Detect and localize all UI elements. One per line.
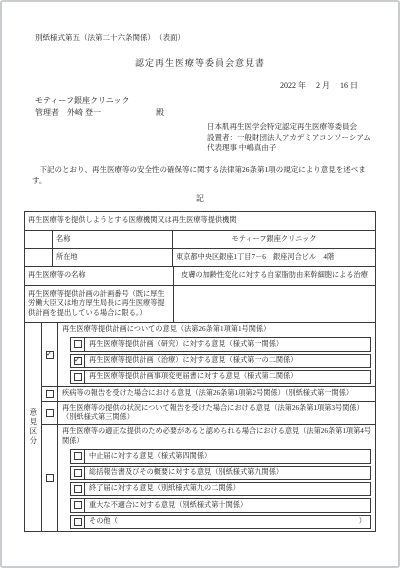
item-checkbox-cell [71, 450, 85, 462]
group-4-item-2-checkbox[interactable] [74, 469, 82, 477]
group-4-item-4: 重大な不適合に対する意見（別紙様式第十関係） [70, 498, 371, 512]
address-value-cell: 東京都中央区銀座1丁目7－6 銀座河合ビル 4階 [173, 249, 375, 266]
item-checkbox-cell [71, 483, 85, 495]
group-2-content: 疾病等の報告を受けた場合における意見（法第26条第1項第2号関係）（別紙様式第一… [58, 387, 375, 400]
group-4-item-3-checkbox[interactable] [74, 485, 82, 493]
group-1-item-3: 再生医療等提供計画事項変更届書に対する意見（様式第二関係） [70, 370, 371, 384]
treatment-value-cell: 皮膚の加齢性変化に対する自家脂肪由来幹細胞による治療 [174, 267, 375, 284]
table-row-plan-number: 再生医療等提供計画の計画番号（既に厚生労働大臣又は地方厚生局長に再生医療等提供計… [25, 285, 375, 322]
item-checkbox-cell [71, 467, 85, 479]
addressee-manager-line: 管理者 外崎 登一 殿 [35, 107, 376, 119]
opinion-form-table: 再生医療等を提供しようとする医療機関又は再生医療等提供機関 名称 モティーフ銀座… [24, 211, 376, 532]
group-4-item-other-checkbox[interactable] [74, 518, 82, 526]
committee-founder: 設置者：一般財団法人アカデミアコンソーシアム [207, 133, 376, 144]
group-4-item-4-label: 重大な不適合に対する意見（別紙様式第十関係） [85, 499, 370, 511]
item-checkbox-cell [71, 499, 85, 511]
addressee-manager-name: 管理者 外崎 登一 [35, 107, 101, 119]
table-row-name: 名称 モティーフ銀座クリニック [25, 230, 375, 248]
opinion-groups: 再生医療等提供計画についての意見（法第26条第1項第1号関係） 再生医療等提供計… [42, 323, 375, 531]
group-4-checkbox[interactable] [46, 474, 54, 482]
committee-name: 日本肌再生医学会特定認定再生医療等委員会 [207, 122, 376, 133]
group-1-header: 再生医療等提供計画についての意見（法第26条第1項第1号関係） [58, 323, 375, 336]
honorific-label: 殿 [156, 107, 164, 119]
group-3-checkbox-cell [42, 402, 58, 425]
group-4-content: 再生医療等の適正な提供のため必要があると認められる場合における意見（法第26条第… [58, 425, 375, 531]
opinion-group-3: 再生医療等の提供の状況について報告を受けた場合における意見（法第26条第1項第3… [42, 401, 375, 425]
committee-representative: 代表理事 中嶋真由子 [207, 143, 376, 154]
group-2-checkbox-cell [42, 387, 58, 400]
document-date: 2022 年 2 月 16 日 [24, 80, 376, 91]
group-4-item-4-checkbox[interactable] [74, 501, 82, 509]
name-value-cell: モティーフ銀座クリニック [173, 231, 375, 248]
group-4-item-1-checkbox[interactable] [74, 452, 82, 460]
indent-cell [25, 249, 53, 266]
group-1-item-3-checkbox[interactable] [74, 373, 82, 381]
group-4-item-1-label: 中止届に対する意見（様式第四関係） [85, 450, 370, 462]
form-code-label: 別紙様式第五（法第二十六条関係） （表面） [35, 32, 376, 43]
opinion-group-1: 再生医療等提供計画についての意見（法第26条第1項第1号関係） 再生医療等提供計… [42, 323, 375, 386]
table-row-treatment-name: 再生医療等の名称 皮膚の加齢性変化に対する自家脂肪由来幹細胞による治療 [25, 266, 375, 284]
group-4-item-2: 総括報告書及びその概要に対する意見（別紙様式第九関係） [70, 466, 371, 480]
group-1-item-3-label: 再生医療等提供計画事項変更届書に対する意見（様式第二関係） [85, 371, 370, 383]
addressee-clinic-name: モティーフ銀座クリニック [35, 95, 376, 107]
record-mark: 記 [24, 193, 376, 204]
other-label-prefix: その他（ [89, 517, 118, 526]
group-3-header: 再生医療等の提供の状況について報告を受けた場合における意見（法第26条第1項第3… [58, 402, 375, 425]
address-label-cell: 所在地 [53, 249, 173, 266]
opinion-group-4: 再生医療等の適正な提供のため必要があると認められる場合における意見（法第26条第… [42, 424, 375, 531]
group-4-item-2-label: 総括報告書及びその概要に対する意見（別紙様式第九関係） [85, 467, 370, 479]
indent-cell [25, 231, 53, 248]
group-4-item-1: 中止届に対する意見（様式第四関係） [70, 449, 371, 463]
plan-number-label-cell: 再生医療等提供計画の計画番号（既に厚生労働大臣又は地方厚生局長に再生医療等提供計… [25, 286, 174, 322]
group-1-checkbox-cell [42, 323, 58, 386]
item-checkbox-cell [71, 355, 85, 367]
group-1-item-2-checkbox[interactable] [74, 357, 82, 365]
group-4-header: 再生医療等の適正な提供のため必要があると認められる場合における意見（法第26条第… [58, 425, 375, 448]
item-checkbox-cell [71, 371, 85, 383]
provider-header-row: 再生医療等を提供しようとする医療機関又は再生医療等提供機関 [25, 212, 375, 229]
group-3-content: 再生医療等の提供の状況について報告を受けた場合における意見（法第26条第1項第3… [58, 402, 375, 425]
group-4-item-other: その他（ ） [70, 515, 371, 529]
other-label-suffix: ） [359, 517, 366, 526]
body-paragraph: 下記のとおり、再生医療等の安全性の確保等に関する法律第26条第1項の規定により意… [24, 165, 376, 186]
addressee-block: モティーフ銀座クリニック 管理者 外崎 登一 殿 [35, 95, 376, 118]
group-1-item-2: 再生医療等提供計画（治療）に対する意見（様式第一の二関係） [70, 354, 371, 368]
opinion-group-2: 疾病等の報告を受けた場合における意見（法第26条第1項第2号関係）（別紙様式第一… [42, 386, 375, 400]
committee-block: 日本肌再生医学会特定認定再生医療等委員会 設置者：一般財団法人アカデミアコンソー… [207, 122, 376, 154]
group-3-checkbox[interactable] [46, 409, 54, 417]
opinion-category-vertical-label: 意見区分 [25, 323, 42, 531]
opinion-category-section: 意見区分 再生医療等提供計画についての意見（法第26条第1項第1号関係） 再生医… [25, 322, 375, 531]
group-1-content: 再生医療等提供計画についての意見（法第26条第1項第1号関係） 再生医療等提供計… [58, 323, 375, 386]
group-1-checkbox[interactable] [46, 351, 54, 359]
group-4-item-other-label: その他（ ） [85, 516, 370, 528]
group-4-checkbox-cell [42, 425, 58, 531]
group-1-item-2-label: 再生医療等提供計画（治療）に対する意見（様式第一の二関係） [85, 355, 370, 367]
provider-header-cell: 再生医療等を提供しようとする医療機関又は再生医療等提供機関 [25, 212, 375, 229]
document-title: 認定再生医療等委員会意見書 [24, 56, 376, 69]
treatment-label-cell: 再生医療等の名称 [25, 267, 174, 284]
document-page: 別紙様式第五（法第二十六条関係） （表面） 認定再生医療等委員会意見書 2022… [0, 0, 400, 568]
group-2-header: 疾病等の報告を受けた場合における意見（法第26条第1項第2号関係）（別紙様式第一… [58, 387, 375, 400]
item-checkbox-cell [71, 516, 85, 528]
group-1-item-1-checkbox[interactable] [74, 340, 82, 348]
name-label-cell: 名称 [53, 231, 173, 248]
group-1-item-1: 再生医療等提供計画（研究）に対する意見（様式第一関係） [70, 337, 371, 351]
table-row-address: 所在地 東京都中央区銀座1丁目7－6 銀座河合ビル 4階 [25, 248, 375, 266]
plan-number-value-cell [174, 286, 375, 322]
group-4-item-3: 終了届に対する意見（別紙様式第九の二関係） [70, 482, 371, 496]
item-checkbox-cell [71, 338, 85, 350]
group-2-checkbox[interactable] [46, 390, 54, 398]
group-1-item-1-label: 再生医療等提供計画（研究）に対する意見（様式第一関係） [85, 338, 370, 350]
group-4-item-3-label: 終了届に対する意見（別紙様式第九の二関係） [85, 483, 370, 495]
